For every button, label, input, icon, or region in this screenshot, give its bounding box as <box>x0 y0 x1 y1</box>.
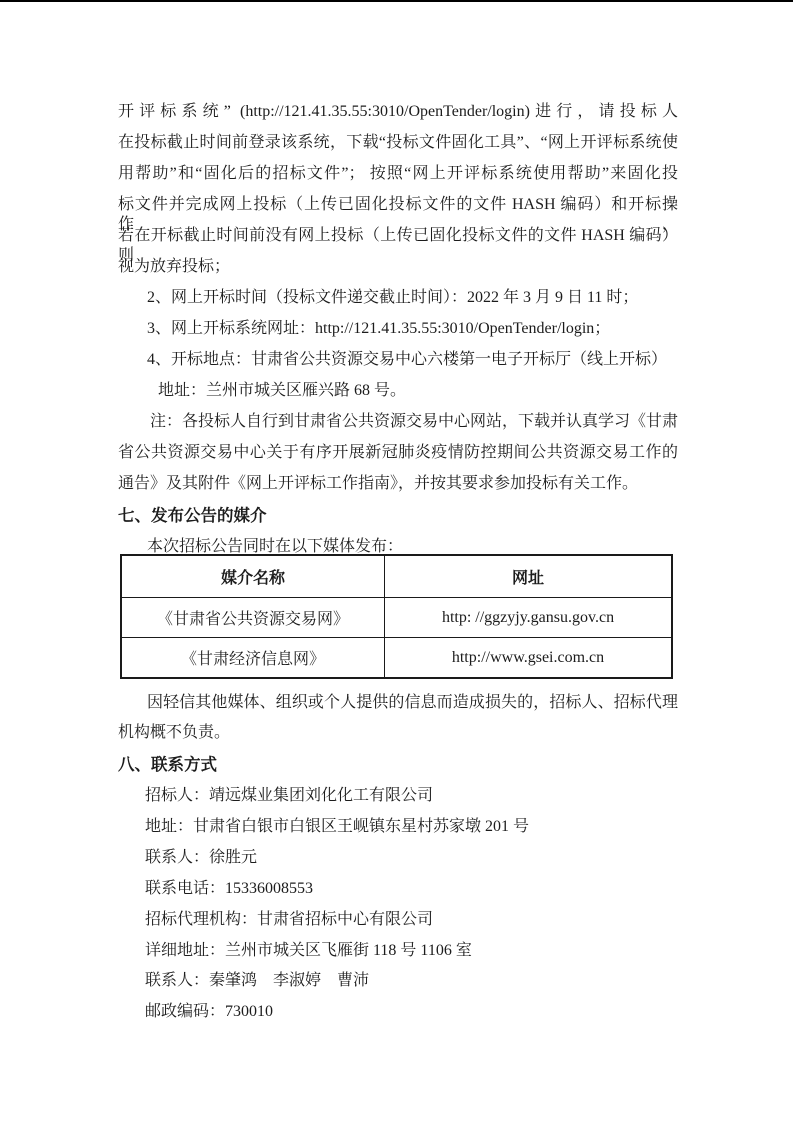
body-text-line: 开评标系统” (http://121.41.35.55:3010/OpenTen… <box>118 102 678 122</box>
media-table: 媒介名称 网址 《甘肃省公共资源交易网》 http: //ggzyjy.gans… <box>120 554 673 679</box>
body-text-line: 用帮助”和“固化后的招标文件”； 按照“网上开评标系统使用帮助”来固化投 <box>118 164 678 184</box>
note-line: 通告》及其附件《网上开评标工作指南》，并按其要求参加投标有关工作。 <box>118 474 638 494</box>
table-cell-url: http: //ggzyjy.gansu.gov.cn <box>385 598 673 638</box>
contact-line-agency-address: 详细地址：兰州市城关区飞雁街 118 号 1106 室 <box>145 941 472 961</box>
table-row: 《甘肃省公共资源交易网》 http: //ggzyjy.gansu.gov.cn <box>121 598 672 638</box>
table-cell-media-name: 《甘肃经济信息网》 <box>121 638 385 679</box>
list-item-3: 3、网上开标系统网址：http://121.41.35.55:3010/Open… <box>147 319 610 339</box>
table-cell-url: http://www.gsei.com.cn <box>385 638 673 679</box>
contact-line-agency-persons: 联系人：秦肇鸿 李淑婷 曹沛 <box>145 971 369 991</box>
disclaimer-line: 机构概不负责。 <box>118 723 230 743</box>
contact-line-phone: 联系电话：15336008553 <box>145 879 313 899</box>
table-header-url: 网址 <box>385 555 673 598</box>
note-line: 注：各投标人自行到甘肃省公共资源交易中心网站，下载并认真学习《甘肃 <box>150 412 678 432</box>
document-page: 开评标系统” (http://121.41.35.55:3010/OpenTen… <box>0 0 793 1122</box>
disclaimer-line: 因轻信其他媒体、组织或个人提供的信息而造成损失的，招标人、招标代理 <box>147 693 678 713</box>
section-8-heading: 八、联系方式 <box>118 755 217 775</box>
contact-line-bidder: 招标人：靖远煤业集团刘化化工有限公司 <box>145 786 433 806</box>
body-text-line: 视为放弃投标； <box>118 257 230 277</box>
contact-line-agency: 招标代理机构：甘肃省招标中心有限公司 <box>145 910 433 930</box>
section-7-heading: 七、发布公告的媒介 <box>118 506 267 526</box>
table-cell-media-name: 《甘肃省公共资源交易网》 <box>121 598 385 638</box>
table-header-media-name: 媒介名称 <box>121 555 385 598</box>
contact-line-person: 联系人：徐胜元 <box>145 848 257 868</box>
body-text-line: 在投标截止时间前登录该系统，下载“投标文件固化工具”、“网上开评标系统使 <box>118 133 678 153</box>
note-line: 省公共资源交易中心关于有序开展新冠肺炎疫情防控期间公共资源交易工作的 <box>118 443 678 463</box>
table-row: 《甘肃经济信息网》 http://www.gsei.com.cn <box>121 638 672 679</box>
contact-line-address: 地址：甘肃省白银市白银区王岘镇东星村苏家墩 201 号 <box>145 817 529 837</box>
contact-line-postal-code: 邮政编码：730010 <box>145 1002 273 1022</box>
page-top-border <box>0 0 793 2</box>
media-table-header-row: 媒介名称 网址 <box>121 555 672 598</box>
list-item-2: 2、网上开标时间（投标文件递交截止时间）：2022 年 3 月 9 日 11 时… <box>147 288 638 308</box>
list-item-4-address: 地址：兰州市城关区雁兴路 68 号。 <box>158 381 406 401</box>
list-item-4: 4、开标地点：甘肃省公共资源交易中心六楼第一电子开标厅（线上开标） <box>147 350 667 370</box>
